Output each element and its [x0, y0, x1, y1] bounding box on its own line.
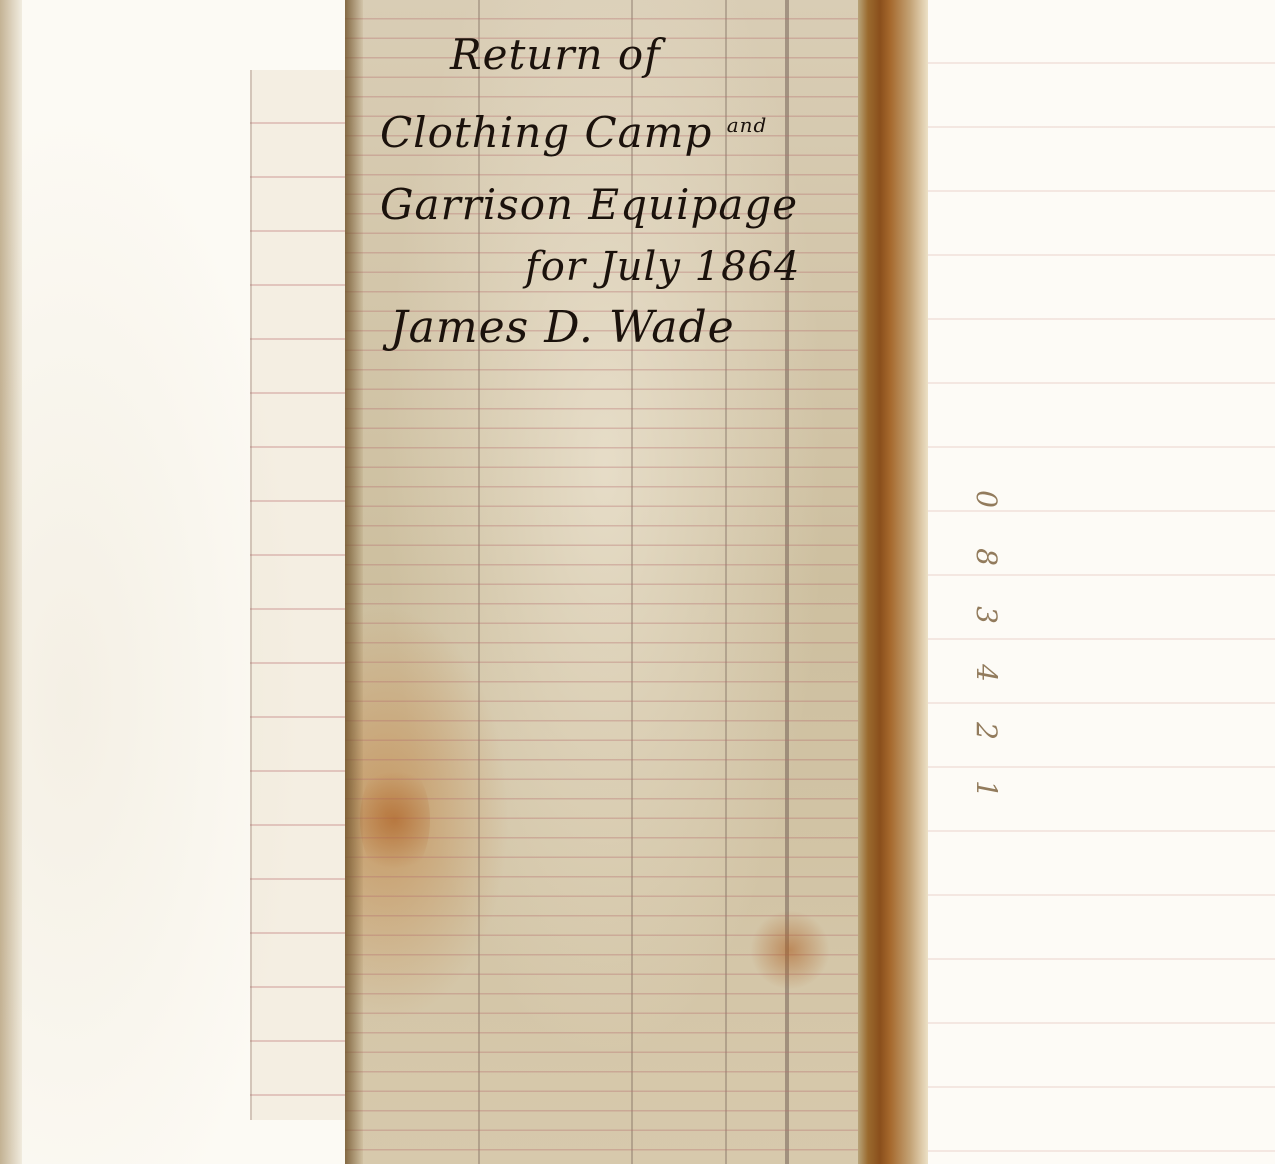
docket-line-title: Return of	[450, 30, 661, 79]
rust-stain	[360, 760, 430, 880]
docket-line-date: for July 1864	[525, 244, 800, 290]
bleed-numeral: 3	[945, 606, 1003, 624]
left-worn-edge	[0, 0, 22, 1164]
docket-signature: James D. Wade	[390, 302, 735, 353]
left-paper-panel	[0, 0, 345, 1164]
bleed-numeral: 2	[945, 722, 1003, 740]
docket-line-clothing-text: Clothing Camp	[380, 108, 712, 157]
fold-edge-shadow	[345, 0, 363, 1164]
rust-stain	[750, 910, 830, 990]
bleed-numeral: 8	[945, 548, 1003, 566]
left-ledger-bleed-through	[250, 70, 352, 1120]
docket-line-equipage: Garrison Equipage	[380, 180, 798, 229]
bleed-numeral: 4	[945, 664, 1003, 682]
docket-superscript-and: and	[727, 113, 768, 137]
bleed-numeral: 0	[945, 490, 1003, 508]
fold-stain-band	[858, 0, 928, 1164]
bleed-through-numerals: 0 8 3 4 2 1	[965, 470, 983, 818]
docket-line-clothing: Clothing Camp and	[380, 108, 767, 157]
bleed-numeral: 1	[945, 780, 1003, 798]
